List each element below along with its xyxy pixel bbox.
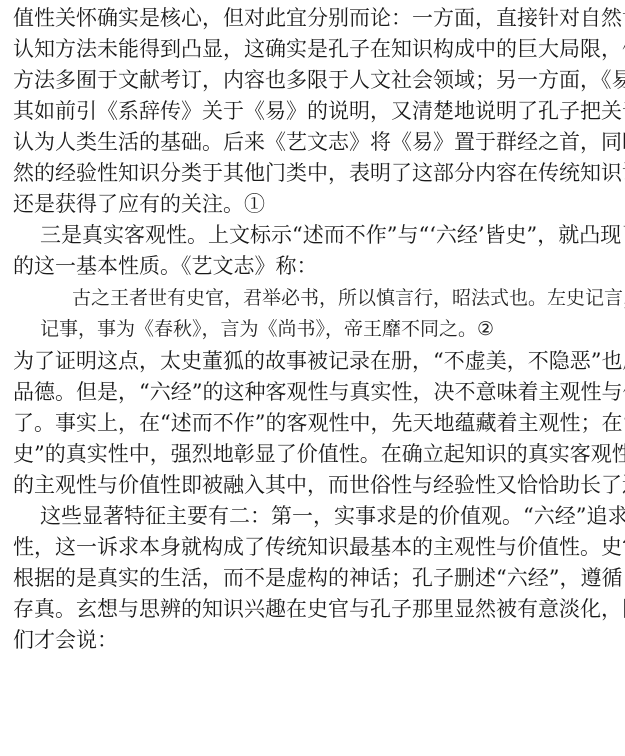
text-line: 们才会说： (13, 625, 603, 656)
text-line: 方法多囿于文献考订，内容也多限于人文社会领域；另一方面，《易》立为专经，尤 (13, 65, 603, 96)
text-line: 根据的是真实的生活，而不是虚构的神话；孔子删述“六经”，遵循旧有素材并去伪 (13, 563, 603, 594)
text-line: 认为人类生活的基础。后来《艺文志》将《易》置于群经之首，同时将大量有关自 (13, 127, 603, 158)
block-quote-line-footnote-2: 记事，事为《春秋》，言为《尚书》，帝王靡不同之。② (40, 314, 603, 345)
paragraph-start: 这些显著特征主要有二：第一，实事求是的价值观。“六经”追求客观性与真实 (40, 501, 603, 532)
text-line: 性，这一诉求本身就构成了传统知识最基本的主观性与价值性。史官在记言记事时， (13, 532, 603, 563)
text-line: 值性关怀确实是核心，但对此宜分别而论：一方面，直接针对自然世界的知识及其 (13, 3, 603, 34)
text-line: 其如前引《系辞传》关于《易》的说明，又清楚地说明了孔子把关于自然的认知确 (13, 96, 603, 127)
text-line: 了。事实上，在“述而不作”的客观性中，先天地蕴藏着主观性；在“‘六经’皆 (13, 408, 603, 439)
text-line-footnote-1: 还是获得了应有的关注。① (13, 189, 603, 220)
text-line: 然的经验性知识分类于其他门类中，表明了这部分内容在传统知识谱系的早期阶段 (13, 158, 603, 189)
text-line: 存真。玄想与思辨的知识兴趣在史官与孔子那里显然被有意淡化，因此孔子的弟子 (13, 594, 603, 625)
paragraph-start: 三是真实客观性。上文标示“述而不作”与“‘六经’皆史”，就凸现了“六经” (40, 220, 603, 251)
text-line: 品德。但是，“六经”的这种客观性与真实性，决不意味着主观性与价值性完全缺失 (13, 377, 603, 408)
document-page: 值性关怀确实是核心，但对此宜分别而论：一方面，直接针对自然世界的知识及其 认知方… (0, 0, 625, 756)
text-line: 的主观性与价值性即被融入其中，而世俗性与经验性又恰恰助长了这些特征。 (13, 470, 603, 501)
text-line: 的这一基本性质。《艺文志》称： (13, 251, 603, 282)
text-line: 认知方法未能得到凸显，这确实是孔子在知识构成中的巨大局限，使后来传统知识 (13, 34, 603, 65)
text-line: 史”的真实性中，强烈地彰显了价值性。在确立起知识的真实客观性的同时，特定 (13, 439, 603, 470)
block-quote-line: 古之王者世有史官，君举必书，所以慎言行，昭法式也。左史记言，右史 (72, 283, 603, 314)
text-line: 为了证明这点，太史董狐的故事被记录在册，“不虚美，不隐恶”也成为史官重要的 (13, 346, 603, 377)
